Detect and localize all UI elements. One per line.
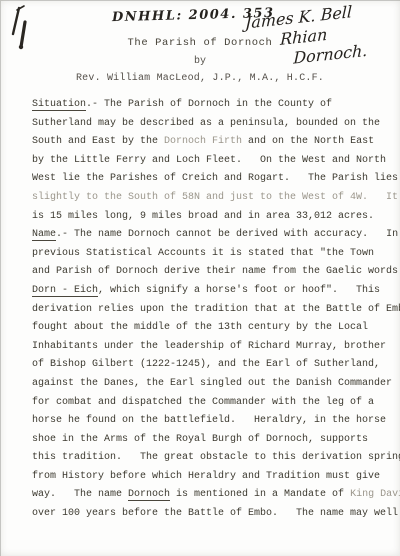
text-segment: Sutherland may be described as a peninsu… <box>32 118 380 129</box>
text-segment: horse he found on the battlefield. Heral… <box>32 415 386 426</box>
document-title: The Parish of Dornoch <box>0 37 400 49</box>
text-line: and Parish of Dornoch derive their name … <box>32 263 392 282</box>
underlined-text: Dorn - Eich <box>32 285 98 297</box>
text-line: derivation relies upon the tradition tha… <box>32 301 392 320</box>
text-segment: against the Danes, the Earl singled out … <box>32 378 392 389</box>
text-segment: and Parish of Dornoch derive their name … <box>32 266 398 277</box>
text-segment: is mentioned in a Mandate of <box>170 489 350 500</box>
text-line: over 100 years before the Battle of Embo… <box>32 505 392 524</box>
text-line: shoe in the Arms of the Royal Burgh of D… <box>32 431 392 450</box>
text-line: Name.- The name Dornoch cannot be derive… <box>32 226 392 245</box>
text-line: slightly to the South of 58N and just to… <box>32 189 392 208</box>
text-segment: way. The name <box>32 489 128 500</box>
text-line: from History before which Heraldry and T… <box>32 468 392 487</box>
text-segment: Inhabitants under the leadership of Rich… <box>32 341 386 352</box>
text-line: by the Little Ferry and Loch Fleet. On t… <box>32 152 392 171</box>
document-body: Situation.- The Parish of Dornoch in the… <box>32 96 392 524</box>
text-line: Dorn - Eich, which signify a horse's foo… <box>32 282 392 301</box>
text-segment: , which signify a horse's foot or hoof".… <box>98 285 380 296</box>
text-line: Inhabitants under the leadership of Rich… <box>32 338 392 357</box>
text-segment: by the Little Ferry and Loch Fleet. On t… <box>32 155 386 166</box>
text-segment: West lie the Parishes of Creich and Roga… <box>32 173 398 184</box>
text-line: South and East by the Dornoch Firth and … <box>32 133 392 152</box>
text-line: of Bishop Gilbert (1222-1245), and the E… <box>32 356 392 375</box>
text-segment: this tradition. The great obstacle to th… <box>32 452 400 463</box>
text-segment: from History before which Heraldry and T… <box>32 471 380 482</box>
text-segment: derivation relies upon the tradition tha… <box>32 304 400 315</box>
text-segment: .- The name Dornoch cannot be derived wi… <box>56 229 398 240</box>
text-line: way. The name Dornoch is mentioned in a … <box>32 486 392 505</box>
text-line: for combat and dispatched the Commander … <box>32 394 392 413</box>
text-line: this tradition. The great obstacle to th… <box>32 449 392 468</box>
text-line: previous Statistical Accounts it is stat… <box>32 245 392 264</box>
text-segment: Dornoch Firth <box>164 136 242 147</box>
handwritten-ink-mark <box>4 2 36 58</box>
text-segment: for combat and dispatched the Commander … <box>32 397 374 408</box>
text-line: is 15 miles long, 9 miles broad and in a… <box>32 208 392 227</box>
text-segment: shoe in the Arms of the Royal Burgh of D… <box>32 434 368 445</box>
text-line: Sutherland may be described as a peninsu… <box>32 115 392 134</box>
text-segment: King David I <box>350 489 400 500</box>
text-segment: is 15 miles long, 9 miles broad and in a… <box>32 211 374 222</box>
underlined-text: Name <box>32 229 56 241</box>
text-segment: and on the North East <box>242 136 374 147</box>
document-page: DNHHL: 2004. 353 James K. Bell Rhian Dor… <box>0 0 400 556</box>
underlined-text: Dornoch <box>128 489 170 501</box>
author-line: Rev. William MacLeod, J.P., M.A., H.C.F. <box>0 73 400 84</box>
text-line: horse he found on the battlefield. Heral… <box>32 412 392 431</box>
text-segment: .- The Parish of Dornoch in the County o… <box>86 99 332 110</box>
text-segment: slightly to the South of 58N and just to… <box>32 192 398 203</box>
text-line: Situation.- The Parish of Dornoch in the… <box>32 96 392 115</box>
text-segment: fought about the middle of the 13th cent… <box>32 322 368 333</box>
text-segment: previous Statistical Accounts it is stat… <box>32 248 374 259</box>
text-line: West lie the Parishes of Creich and Roga… <box>32 170 392 189</box>
byline: by <box>0 56 400 67</box>
text-line: fought about the middle of the 13th cent… <box>32 319 392 338</box>
text-segment: over 100 years before the Battle of Embo… <box>32 508 398 519</box>
text-segment: South and East by the <box>32 136 164 147</box>
text-line: against the Danes, the Earl singled out … <box>32 375 392 394</box>
underlined-text: Situation <box>32 99 86 111</box>
text-segment: of Bishop Gilbert (1222-1245), and the E… <box>32 359 380 370</box>
